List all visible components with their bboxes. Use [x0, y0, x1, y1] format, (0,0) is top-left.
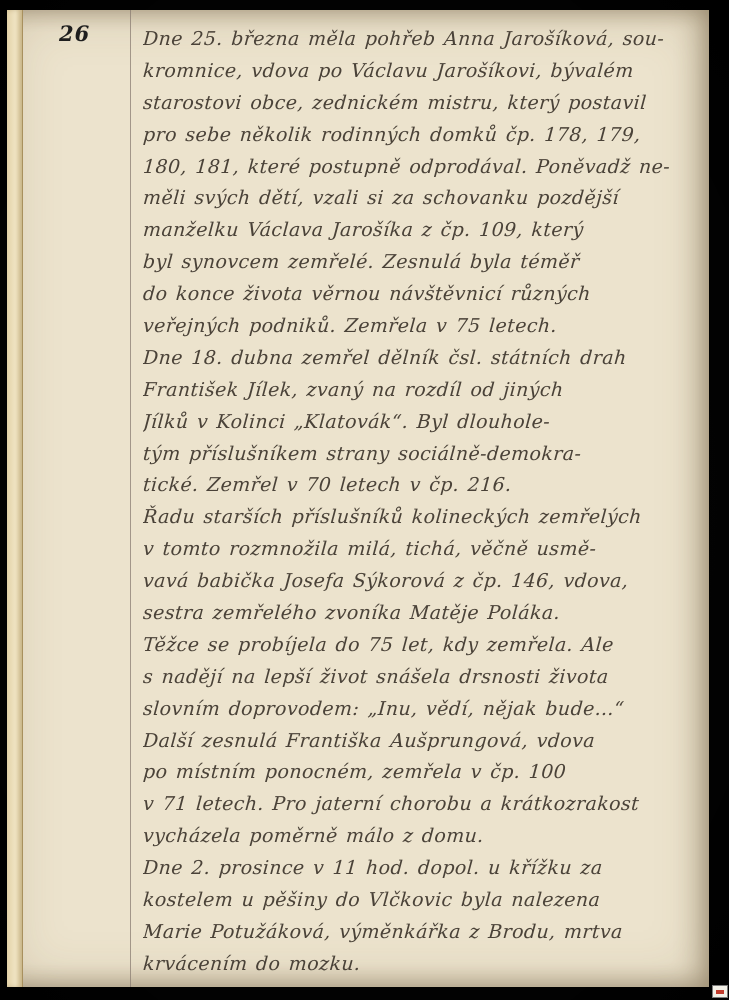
- chronicle-page: 26 Dne 25. března měla pohřeb Anna Jaroš…: [7, 10, 709, 987]
- handwritten-line: byl synovcem zemřelé. Zesnulá byla téměř: [143, 247, 703, 279]
- margin-rule-line: [130, 10, 131, 987]
- handwritten-line: po místním ponocném, zemřela v čp. 100: [143, 757, 703, 789]
- window-minimize-icon[interactable]: [712, 985, 728, 998]
- handwritten-line: v tomto rozmnožila milá, tichá, věčně us…: [143, 534, 703, 566]
- minimize-bar-glyph: [716, 990, 724, 994]
- handwritten-line: František Jílek, zvaný na rozdíl od jiný…: [143, 375, 703, 407]
- handwritten-line: kostelem u pěšiny do Vlčkovic byla nalez…: [143, 885, 703, 917]
- handwritten-line: Marie Potužáková, výměnkářka z Brodu, mr…: [143, 917, 703, 949]
- handwritten-line: Dne 18. dubna zemřel dělník čsl. státníc…: [143, 343, 703, 375]
- handwritten-line: Jílků v Kolinci „Klatovák“. Byl dlouhole…: [143, 407, 703, 439]
- handwritten-line: v 71 letech. Pro jaterní chorobu a krátk…: [143, 789, 703, 821]
- handwritten-line: starostovi obce, zednickém mistru, který…: [143, 88, 703, 120]
- scan-frame: 26 Dne 25. března měla pohřeb Anna Jaroš…: [0, 0, 729, 1000]
- page-number: 26: [59, 21, 90, 46]
- handwritten-line: sestra zemřelého zvoníka Matěje Poláka.: [143, 598, 703, 630]
- handwritten-line: Další zesnulá Františka Aušprungová, vdo…: [143, 726, 703, 758]
- handwritten-line: tické. Zemřel v 70 letech v čp. 216.: [143, 470, 703, 502]
- handwritten-line: měli svých dětí, vzali si za schovanku p…: [143, 183, 703, 215]
- handwritten-line: pro sebe několik rodinných domků čp. 178…: [143, 120, 703, 152]
- handwritten-line: veřejných podniků. Zemřela v 75 letech.: [143, 311, 703, 343]
- handwritten-line: Dne 2. prosince v 11 hod. dopol. u křížk…: [143, 853, 703, 885]
- handwritten-line: Dne 25. března měla pohřeb Anna Jarošíko…: [143, 24, 703, 56]
- handwritten-line: do konce života věrnou návštěvnicí různý…: [143, 279, 703, 311]
- page-binding-edge: [7, 10, 23, 987]
- handwritten-line: Řadu starších příslušníků kolineckých ze…: [143, 502, 703, 534]
- handwritten-text-block: Dne 25. března měla pohřeb Anna Jarošíko…: [143, 24, 703, 987]
- handwritten-line: manželku Václava Jarošíka z čp. 109, kte…: [143, 215, 703, 247]
- handwritten-line: vycházela poměrně málo z domu.: [143, 821, 703, 853]
- handwritten-line: s nadějí na lepší život snášela drsnosti…: [143, 662, 703, 694]
- handwritten-line: tým příslušníkem strany sociálně-demokra…: [143, 439, 703, 471]
- handwritten-line: slovním doprovodem: „Inu, vědí, nějak bu…: [143, 694, 703, 726]
- handwritten-line: vavá babička Josefa Sýkorová z čp. 146, …: [143, 566, 703, 598]
- handwritten-line: Těžce se probíjela do 75 let, kdy zemřel…: [143, 630, 703, 662]
- handwritten-line: 180, 181, které postupně odprodával. Pon…: [143, 152, 703, 184]
- handwritten-line: kromnice, vdova po Václavu Jarošíkovi, b…: [143, 56, 703, 88]
- handwritten-line: krvácením do mozku.: [143, 949, 703, 981]
